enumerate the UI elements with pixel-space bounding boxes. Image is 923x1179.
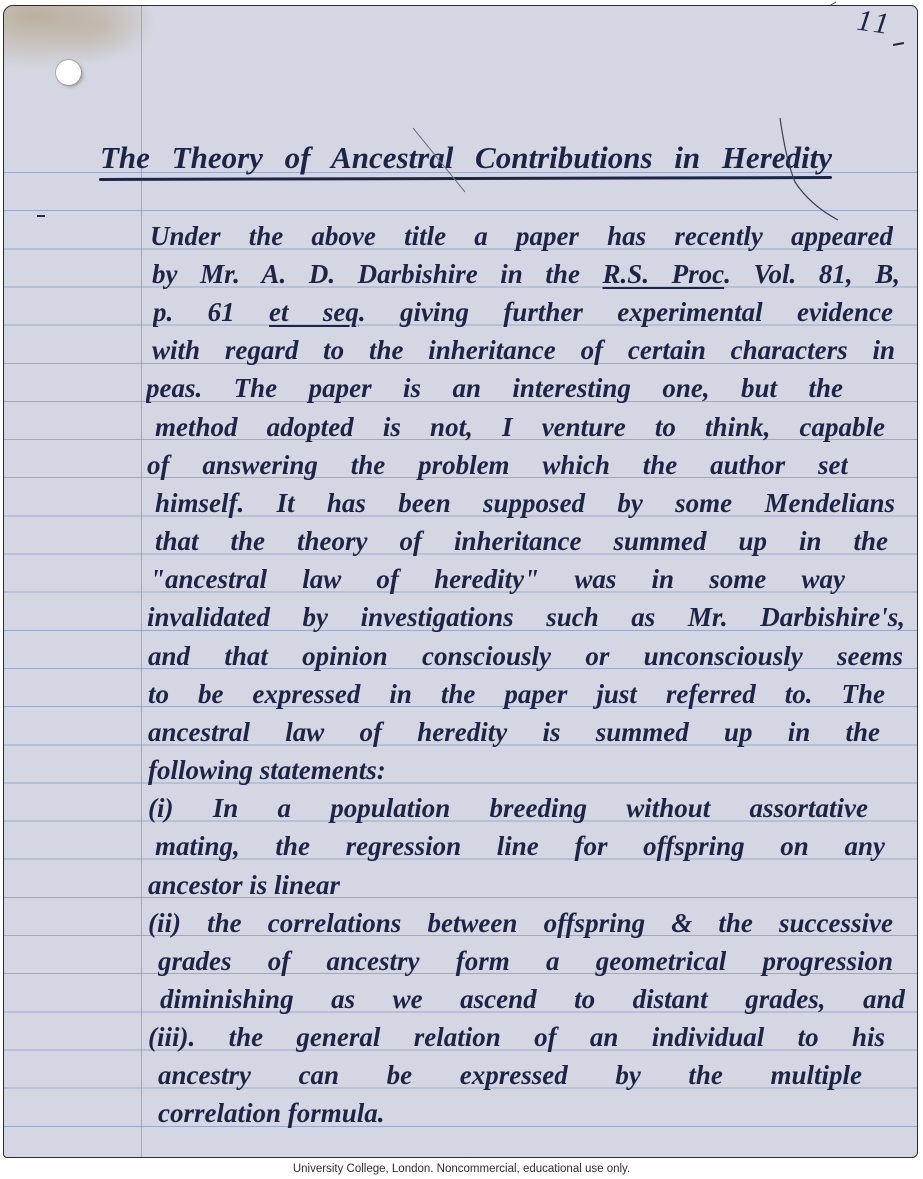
body-line: method adopted is not, I venture to thin… — [155, 412, 885, 442]
line-text: by Mr. A. D. Darbishire in the — [152, 259, 603, 289]
list-item-ii: (ii) the correlations between offspring … — [148, 908, 893, 938]
body-line: correlation formula. — [158, 1098, 385, 1128]
document-title: The Theory of Ancestral Contributions in… — [100, 140, 832, 176]
body-line: following statements: — [148, 755, 386, 785]
body-line: ancestor is linear — [148, 870, 340, 900]
underlined-citation: R.S. Proc — [603, 259, 725, 289]
body-line: invalidated by investigations such as Mr… — [147, 602, 905, 632]
line-text: p. 61 — [153, 297, 269, 327]
body-line: that the theory of inheritance summed up… — [155, 526, 888, 556]
body-line: peas. The paper is an interesting one, b… — [146, 373, 843, 403]
punch-hole — [56, 60, 81, 85]
page-number: 11 — [855, 4, 895, 43]
body-line: to be expressed in the paper just referr… — [148, 679, 885, 709]
body-line: ancestry can be expressed by the multipl… — [158, 1060, 862, 1090]
list-item-iii: (iii). the general relation of an indivi… — [148, 1022, 885, 1052]
body-line: with regard to the inheritance of certai… — [152, 335, 895, 365]
body-line: grades of ancestry form a geometrical pr… — [158, 946, 893, 976]
list-item-i: (i) In a population breeding without ass… — [148, 793, 868, 823]
body-line: himself. It has been supposed by some Me… — [155, 488, 895, 518]
line-text: . Vol. 81, B, — [724, 259, 900, 289]
body-line: diminishing as we ascend to distant grad… — [160, 984, 905, 1014]
body-line: mating, the regression line for offsprin… — [155, 831, 885, 861]
body-line: Under the above title a paper has recent… — [150, 221, 893, 251]
body-line: "ancestral law of heredity" was in some … — [150, 564, 845, 594]
underlined-et-seq: et seq — [269, 297, 359, 327]
margin-dash-mark — [37, 215, 45, 217]
body-line: p. 61 et seq. giving further experimenta… — [153, 297, 893, 327]
body-line: ancestral law of heredity is summed up i… — [148, 717, 880, 747]
footer-caption: University College, London. Noncommercia… — [0, 1161, 923, 1177]
line-text: . giving further experimental evidence — [359, 297, 893, 327]
body-line: by Mr. A. D. Darbishire in the R.S. Proc… — [152, 259, 900, 289]
body-line: of answering the problem which the autho… — [147, 450, 848, 480]
body-line: and that opinion consciously or unconsci… — [148, 641, 903, 671]
